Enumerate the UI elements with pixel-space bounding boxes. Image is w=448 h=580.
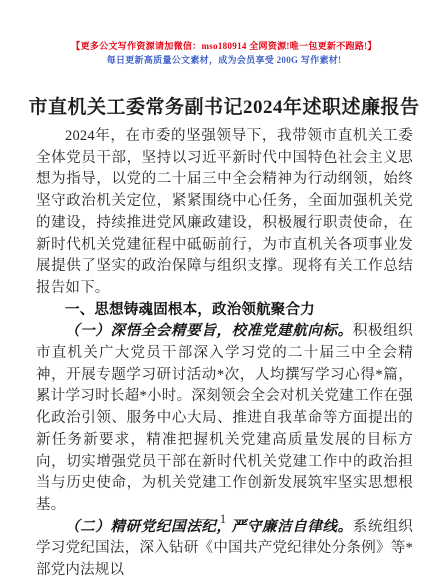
document-page: 【更多公文写作资源请加微信：mso180914 全网资源!唯一包更新不跑路!】 … bbox=[0, 0, 448, 580]
subsection-1-text: 积极组织市直机关广大党员干部深入学习党的二十届三中全会精神，开展专题学习研讨活动… bbox=[36, 323, 413, 513]
subsection-1-paragraph: （一）深悟全会精要旨，校准党建航向标。积极组织市直机关广大党员干部深入学习党的二… bbox=[36, 321, 413, 516]
document-title: 市直机关工委常务副书记2024年述职述廉报告 bbox=[0, 92, 448, 119]
promo-banner: 【更多公文写作资源请加微信：mso180914 全网资源!唯一包更新不跑路!】 … bbox=[0, 40, 448, 66]
page-number: — 1 — bbox=[0, 511, 448, 527]
intro-paragraph: 2024年，在市委的坚强领导下，我带领市直机关工委全体党员干部，坚持以习近平新时… bbox=[36, 126, 413, 300]
promo-banner-line-2: 每日更新高质量公文素材，成为会员享受 200G 写作素材! bbox=[0, 54, 448, 66]
section-heading-1: 一、思想铸魂固根本，政治领航聚合力 bbox=[36, 300, 413, 322]
promo-banner-line-1: 【更多公文写作资源请加微信：mso180914 全网资源!唯一包更新不跑路!】 bbox=[0, 40, 448, 52]
subsection-1-lead: （一）深悟全会精要旨，校准党建航向标。 bbox=[65, 323, 353, 339]
